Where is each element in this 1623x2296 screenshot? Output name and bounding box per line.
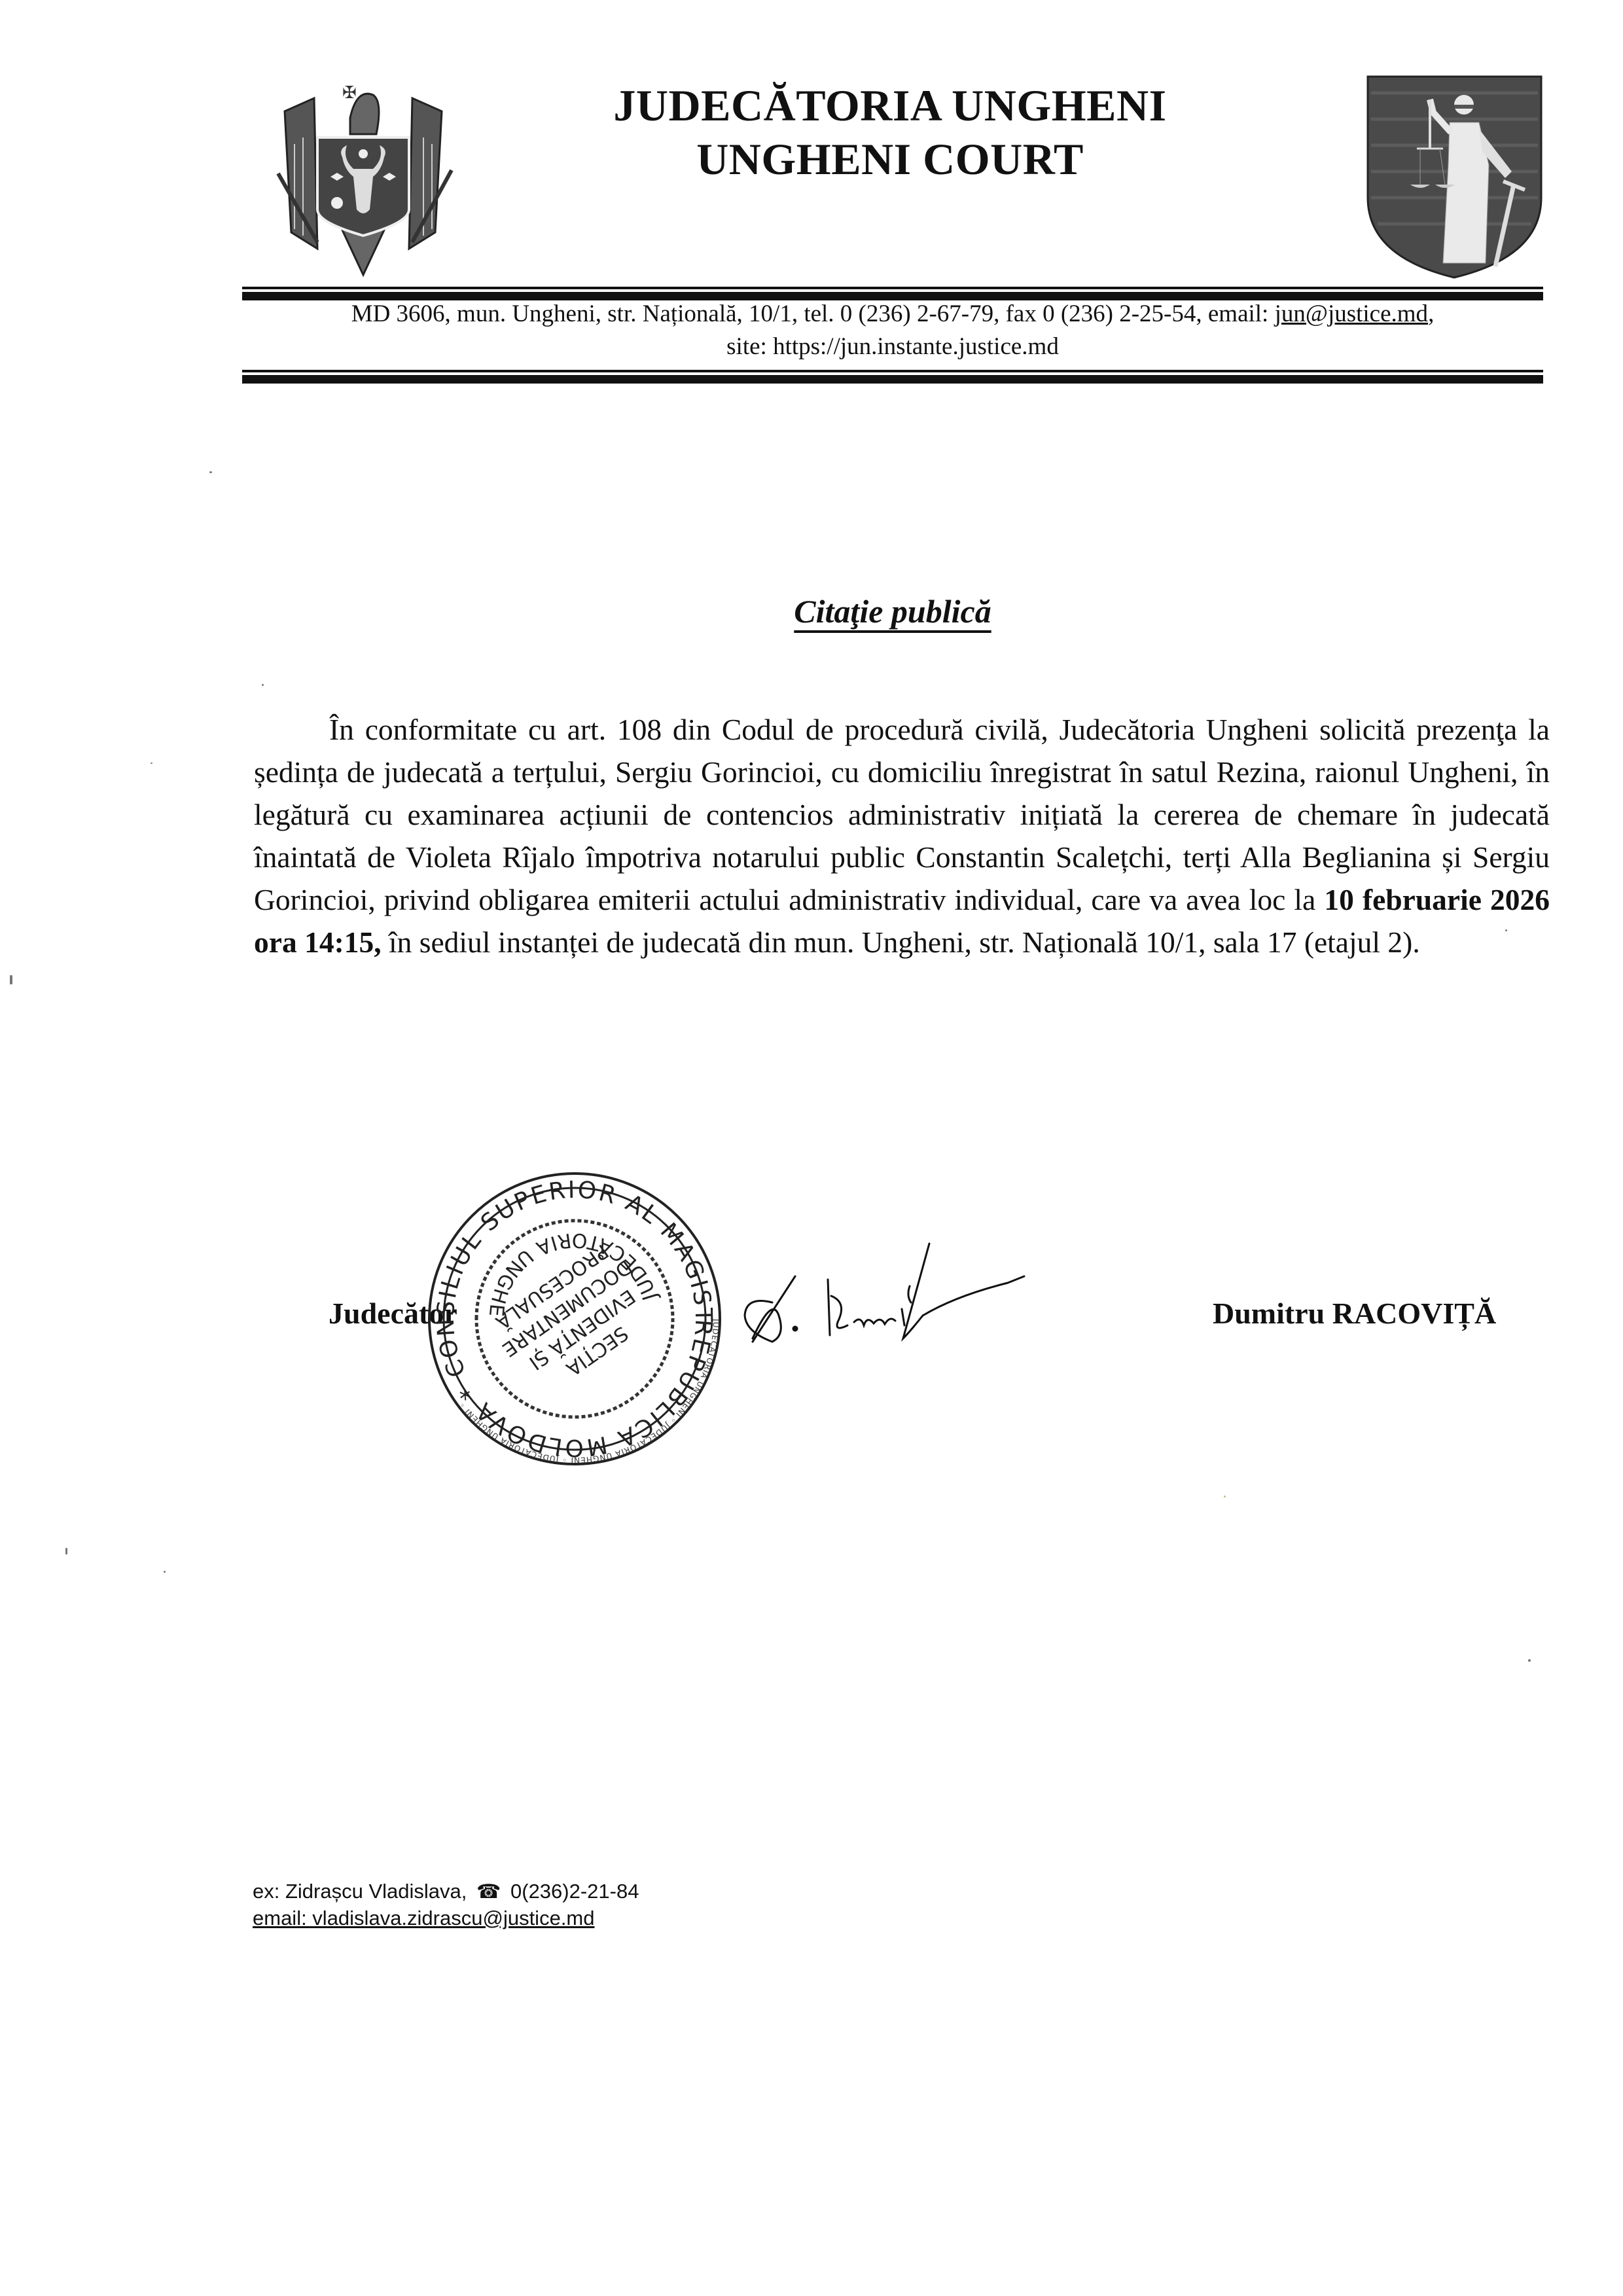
moldova-coat-of-arms-icon: ✠ <box>265 72 461 281</box>
court-title-en: UNGHENI COURT <box>497 132 1283 186</box>
contact-info: MD 3606, mun. Ungheni, str. Națională, 1… <box>242 298 1543 363</box>
executor-phone: 0(236)2-21-84 <box>510 1880 639 1903</box>
executor-line: ex: Zidrașcu Vladislava, ☎ 0(236)2-21-84 <box>253 1878 639 1905</box>
svg-text:✠: ✠ <box>342 83 357 102</box>
telephone-icon: ☎ <box>476 1879 501 1905</box>
lady-justice-shield-icon <box>1364 73 1544 279</box>
judge-signature <box>733 1217 1152 1374</box>
header-divider-bottom-thin <box>242 370 1543 372</box>
header-divider-top-thin <box>242 287 1543 289</box>
judge-name: Dumitru RACOVIȚĂ <box>1213 1296 1496 1331</box>
executor-email-link[interactable]: email: vladislava.zidrascu@justice.md <box>253 1907 595 1929</box>
summons-paragraph: În conformitate cu art. 108 din Codul de… <box>254 708 1550 963</box>
document-heading: Citaţie publică <box>242 592 1543 630</box>
court-title: JUDECĂTORIA UNGHENI UNGHENI COURT <box>497 79 1283 186</box>
executor-contact: ex: Zidrașcu Vladislava, ☎ 0(236)2-21-84… <box>253 1878 639 1931</box>
address-line: MD 3606, mun. Ungheni, str. Națională, 1… <box>242 298 1543 331</box>
court-email-link[interactable]: jun@justice.md <box>1275 300 1428 327</box>
site-line: site: https://jun.instante.justice.md <box>242 331 1543 363</box>
official-stamp: JUDECĂTORIA UNGHENI ◦ JUDECĂTORIA UNGHEN… <box>424 1168 725 1469</box>
court-title-ro: JUDECĂTORIA UNGHENI <box>497 79 1283 132</box>
header-divider-bottom-thick <box>242 375 1543 384</box>
